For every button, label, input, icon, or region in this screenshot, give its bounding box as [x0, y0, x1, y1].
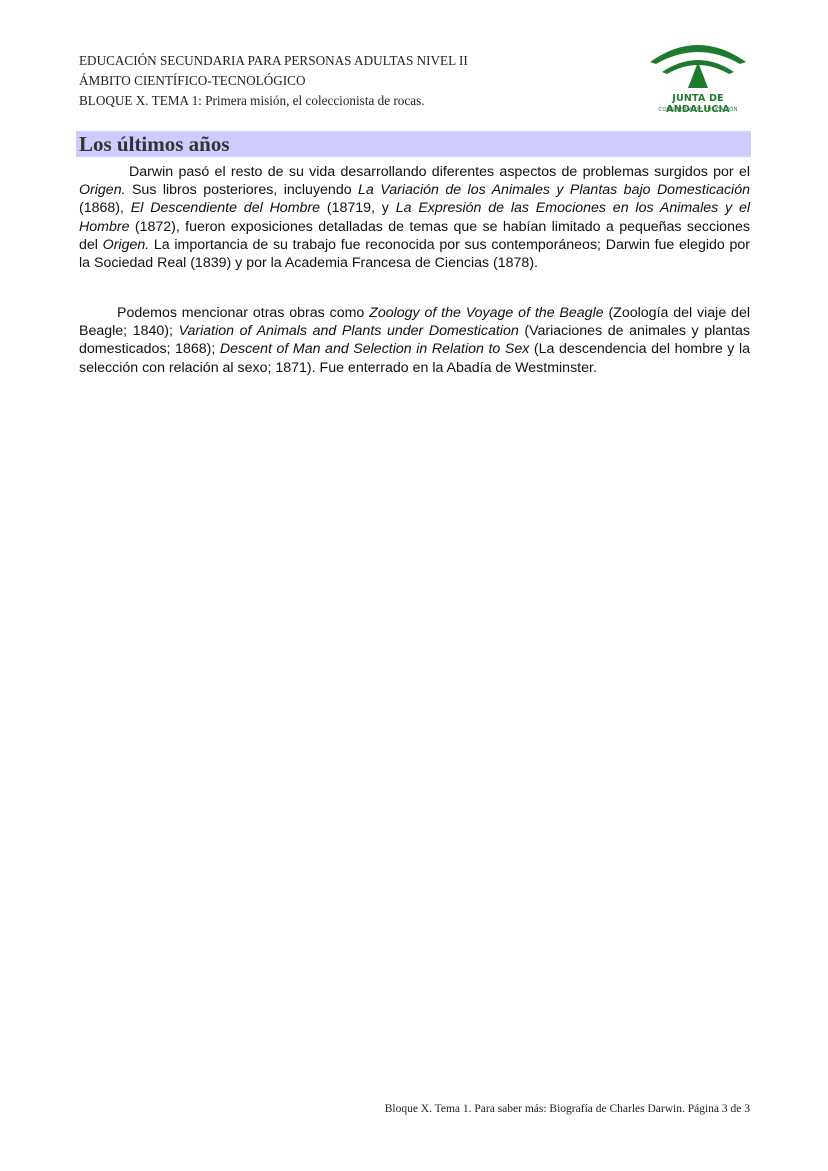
header-line-2: ÁMBITO CIENTÍFICO-TECNOLÓGICO	[79, 71, 468, 91]
logo-subtitle: CONSEJERÍA DE EDUCACIÓN	[644, 107, 752, 113]
text: Darwin pasó el resto de su vida desarrol…	[129, 164, 750, 180]
book-title: Origen.	[103, 237, 150, 253]
text: Sus libros posteriores, incluyendo	[126, 182, 359, 198]
book-title: El Descendiente del Hombre	[131, 200, 320, 216]
book-title: Variation of Animals and Plants under Do…	[179, 323, 519, 339]
page-footer: Bloque X. Tema 1. Para saber más: Biogra…	[385, 1103, 750, 1115]
text: La importancia de su trabajo fue reconoc…	[79, 237, 750, 271]
text: (18719, y	[320, 200, 396, 216]
junta-andalucia-logo-icon	[644, 36, 752, 92]
header-line-1: EDUCACIÓN SECUNDARIA PARA PERSONAS ADULT…	[79, 51, 468, 71]
book-title: Origen.	[79, 182, 126, 198]
junta-andalucia-logo: JUNTA DE ANDALUCIA CONSEJERÍA DE EDUCACI…	[644, 36, 752, 120]
header-topic: Primera misión, el coleccionista de roca…	[202, 93, 425, 108]
book-title: La Variación de los Animales y Plantas b…	[358, 182, 750, 198]
paragraph-1: Darwin pasó el resto de su vida desarrol…	[79, 163, 750, 272]
document-header: EDUCACIÓN SECUNDARIA PARA PERSONAS ADULT…	[79, 51, 468, 111]
text: Podemos mencionar otras obras como	[117, 305, 369, 321]
header-block-label: BLOQUE X. TEMA 1:	[79, 93, 202, 108]
text: (1868),	[79, 200, 131, 216]
book-title: Descent of Man and Selection in Relation…	[220, 341, 529, 357]
section-title: Los últimos años	[76, 131, 751, 157]
book-title: Zoology of the Voyage of the Beagle	[369, 305, 603, 321]
paragraph-2: Podemos mencionar otras obras como Zoolo…	[79, 304, 750, 377]
header-line-3: BLOQUE X. TEMA 1: Primera misión, el col…	[79, 91, 468, 111]
